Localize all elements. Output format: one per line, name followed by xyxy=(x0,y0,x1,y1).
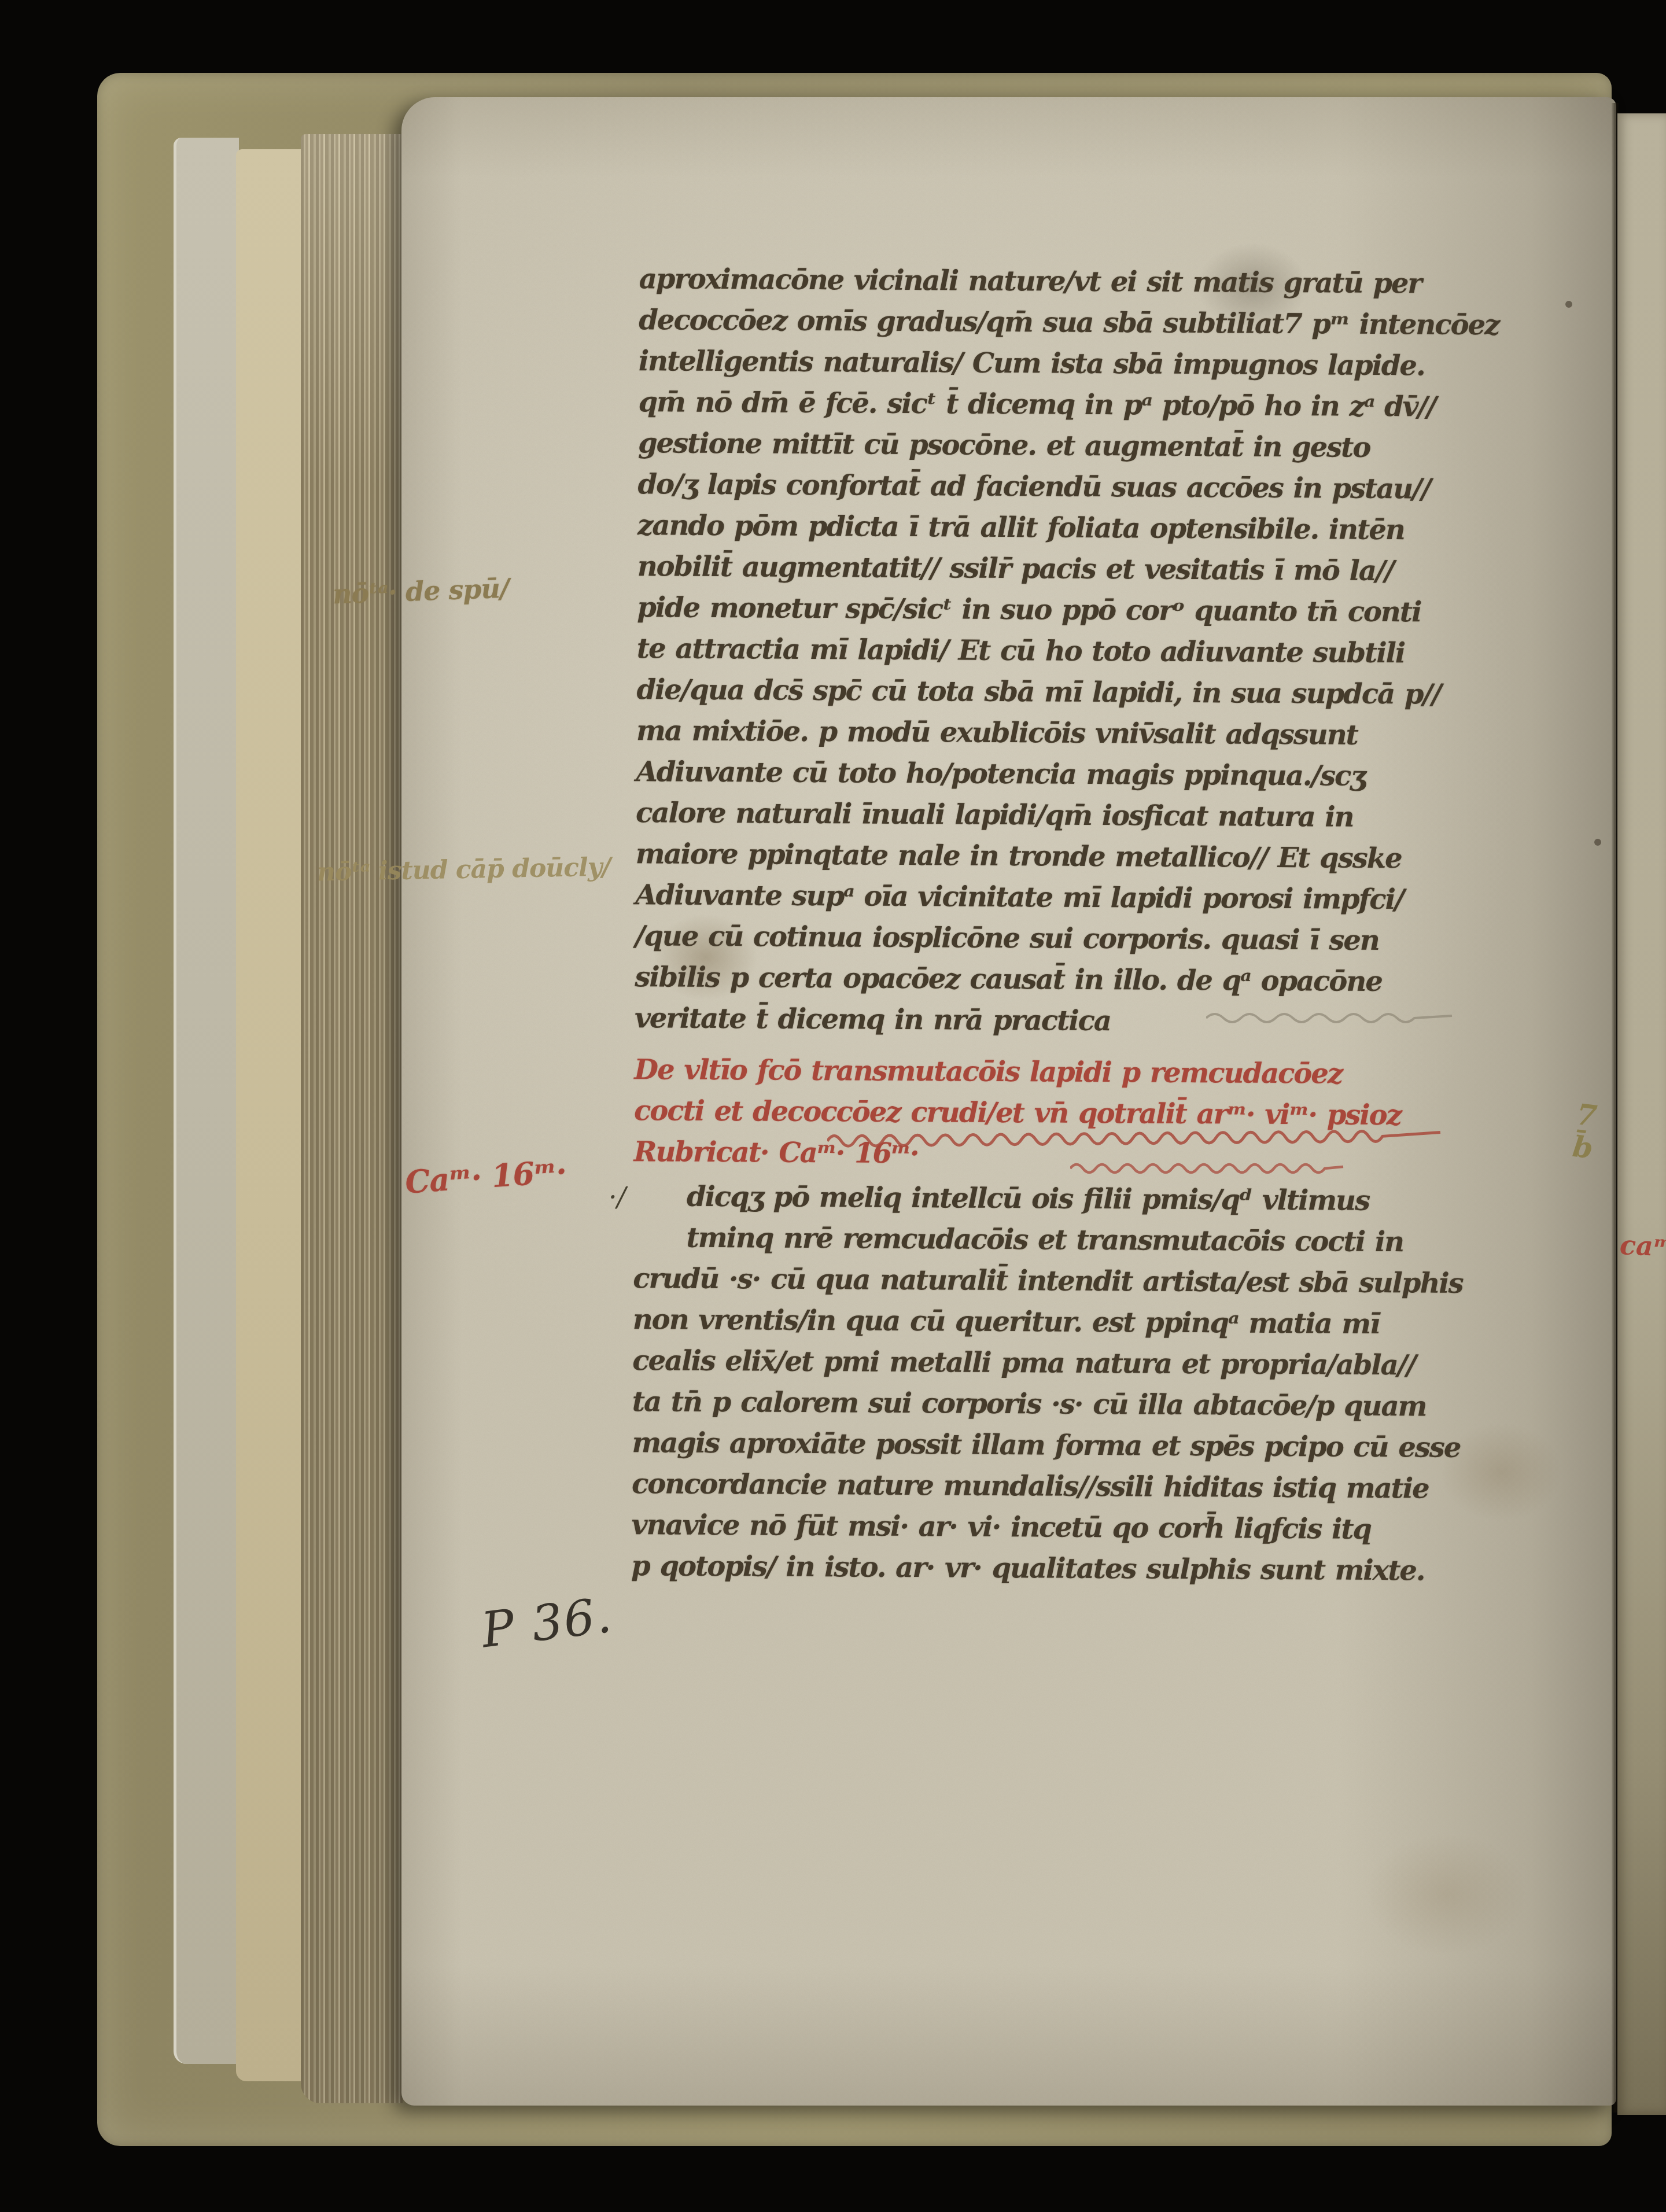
text-line: De vltīo fcō transmutacōis lapidi p remc… xyxy=(634,1049,1551,1096)
facing-page-edge xyxy=(1617,113,1666,2115)
text-line: zando pōm pdicta ī trā allit foliata opt… xyxy=(637,505,1555,552)
paragraph-2: dicqʒ pō meliq intellcū ois filii pmis/q… xyxy=(631,1176,1551,1592)
manuscript-photo: { "manuscript": { "kind": "medieval manu… xyxy=(0,0,1666,2212)
flyleaf-edge-tan xyxy=(236,149,301,2081)
text-line: Adiuvante supᵃ oīa vicinitate mī lapidi … xyxy=(635,875,1553,921)
text-line: non vrentis/in qua cū queritur. est ppin… xyxy=(633,1299,1550,1346)
text-line: aproximacōne vicinali nature/vt ei sit m… xyxy=(639,259,1557,305)
main-text-block: aproximacōne vicinali nature/vt ei sit m… xyxy=(631,259,1557,1592)
flyleaf-edge-gray xyxy=(174,138,239,2064)
text-line: pide monetur spc̄/sicᵗ in suo ppō corᵒ q… xyxy=(637,587,1554,634)
text-line: dicqʒ pō meliq intellcū ois filii pmis/q… xyxy=(633,1176,1551,1223)
text-line: concordancie nature mundalis//ssili hidi… xyxy=(632,1463,1549,1510)
text-line: calore naturali īnuali lapidi/qm̄ iosfic… xyxy=(636,792,1553,839)
text-line: crudū ·s· cū qua naturalit̄ intendit art… xyxy=(633,1258,1550,1305)
text-line: decoccōez omīs gradus/qm̄ sua sbā subtil… xyxy=(639,300,1556,346)
text-line: Adiuvante cū toto ho/potencia magis ppin… xyxy=(636,751,1553,798)
text-line: sibilis p certa opacōez causat̄ in illo.… xyxy=(635,957,1552,1004)
text-line: vnavice nō fūt msi· ar· vi· incetū qo co… xyxy=(631,1505,1549,1551)
facing-page-red-note: caᵐ· v xyxy=(1619,1229,1666,1263)
text-line: maiore ppinqtate nale in tronde metallic… xyxy=(636,834,1553,880)
rubric-heading: De vltīo fcō transmutacōis lapidi p remc… xyxy=(633,1049,1551,1178)
text-line: qm̄ nō dm̄ ē fcē. sicᵗ t̄ dicemq in pᵃ p… xyxy=(638,382,1556,429)
text-line: te attractia mī lapidi/ Et cū ho toto ad… xyxy=(637,628,1554,675)
paragraph-mark: ·/ xyxy=(609,1181,626,1212)
text-line: cealis elix̄/et pmi metalli pma natura e… xyxy=(632,1340,1550,1387)
text-line: Rubricat· Caᵐ· 16ᵐ· xyxy=(633,1131,1551,1178)
margin-note-istud: nōᵗᵃ istud cāp̄ doūcly/ xyxy=(317,853,611,887)
text-line: tminq nrē remcudacōis et transmutacōis c… xyxy=(633,1217,1550,1264)
page-edge-stack xyxy=(301,134,403,2103)
fox-spot xyxy=(1594,839,1601,846)
paragraph-1: aproximacōne vicinali nature/vt ei sit m… xyxy=(635,259,1557,1045)
margin-note-spiritus: nōᵗᵃ· de spū/ xyxy=(332,573,509,610)
text-line: ta tn̄ p calorem sui corporis ·s· cū ill… xyxy=(632,1381,1550,1428)
text-line: ma mixtiōe. p modū exublicōis vniv̄salit… xyxy=(636,710,1554,757)
text-line: p qotopis/ in isto. ar· vr· qualitates s… xyxy=(631,1546,1549,1592)
text-line: veritate t̄ dicemq in nrā practica xyxy=(635,998,1552,1045)
fox-spot xyxy=(1565,301,1572,308)
text-line: magis aproxiāte possit illam forma et sp… xyxy=(632,1422,1549,1469)
text-line: /que cū cotinua iosplicōne sui corporis.… xyxy=(635,916,1553,963)
text-line: intelligentis naturalis/ Cum ista sbā im… xyxy=(639,341,1556,388)
text-line: do/ʒ lapis confortat̄ ad faciendū suas a… xyxy=(637,464,1555,511)
text-line: nobilit̄ augmentatit// ssilr̄ pacis et v… xyxy=(637,546,1555,593)
text-line: gestione mittīt cū psocōne. et augmentat… xyxy=(638,423,1556,470)
text-line: die/qua dcs̄ spc̄ cū tota sbā mī lapidi,… xyxy=(636,669,1554,716)
text-line: cocti et decoccōez crudi/et vn̄ qotralit… xyxy=(634,1090,1551,1137)
